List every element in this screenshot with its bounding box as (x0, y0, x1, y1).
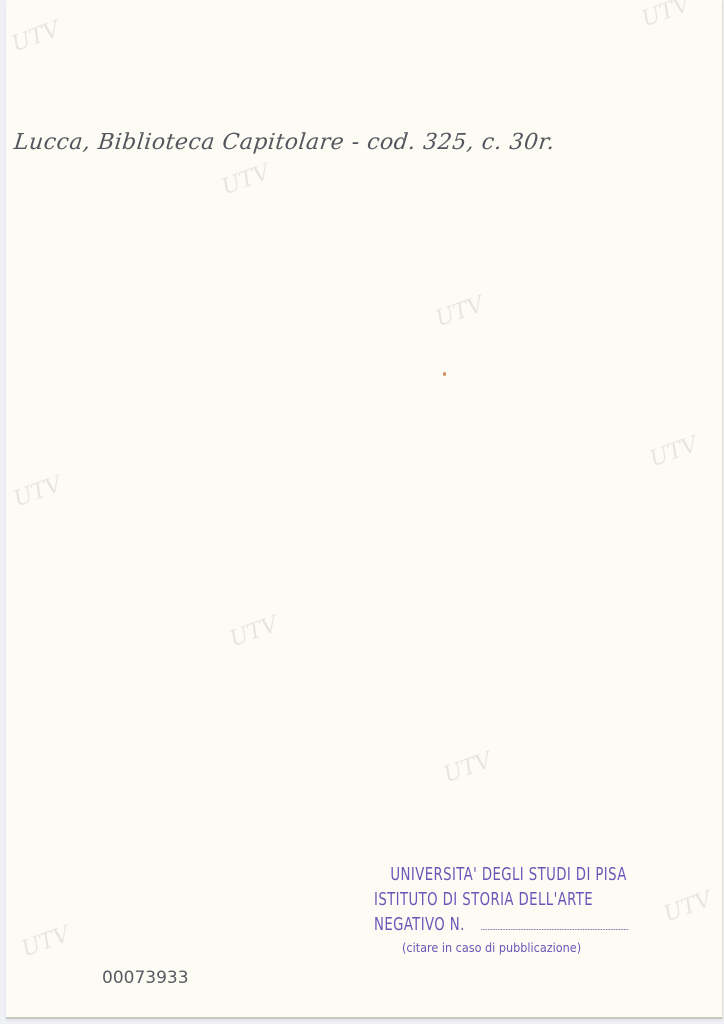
stamp-line-university: UNIVERSITA' DEGLI STUDI DI PISA (374, 862, 628, 887)
stamp-note: (citare in caso di pubblicazione) (374, 937, 684, 959)
watermark-logo: UTV (638, 0, 693, 46)
watermark-logo: UTV (440, 750, 495, 803)
stamp-line-institute: ISTITUTO DI STORIA DELL'ARTE (374, 887, 628, 912)
watermark-logo: UTV (432, 294, 487, 347)
watermark-logo: UTV (226, 614, 281, 667)
ink-speck (443, 372, 446, 376)
handwritten-caption: Lucca, Biblioteca Capitolare - cod. 325,… (13, 130, 556, 155)
negative-label: NEGATIVO N. (374, 912, 465, 937)
inventory-number: 00073933 (102, 968, 189, 988)
watermark-logo: UTV (18, 924, 73, 977)
watermark-logo: UTV (8, 19, 63, 72)
watermark-logo: UTV (646, 434, 701, 487)
watermark-logo: UTV (10, 474, 65, 527)
stamp-line-negative: NEGATIVO N. (374, 912, 628, 937)
negative-number-blank (481, 929, 628, 930)
institution-stamp: UNIVERSITA' DEGLI STUDI DI PISA ISTITUTO… (374, 862, 684, 959)
watermark-logo: UTV (218, 162, 273, 215)
photo-card-back: Lucca, Biblioteca Capitolare - cod. 325,… (6, 0, 723, 1019)
